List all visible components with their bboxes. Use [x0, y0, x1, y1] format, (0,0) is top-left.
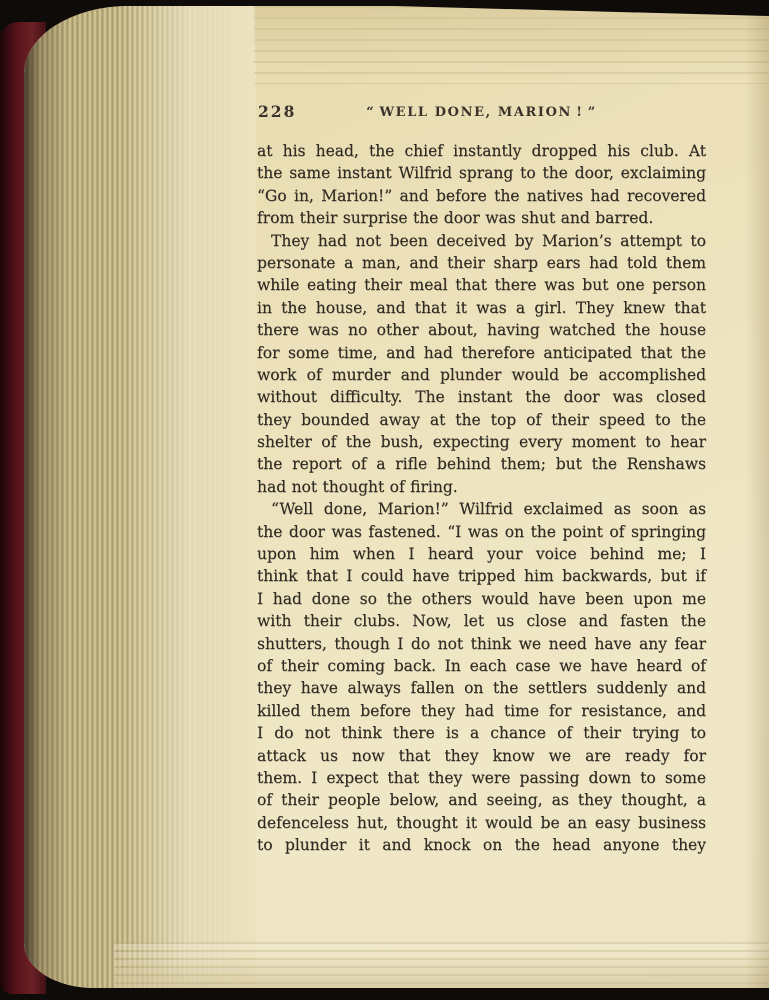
text-line: They had not been deceived by Marion’s a… [257, 230, 706, 252]
text-line: them. I expect that they were passing do… [257, 767, 706, 789]
page-right-shade [745, 6, 769, 988]
page-header: 228 “ WELL DONE, MARION ! ” [257, 102, 706, 126]
text-line: there was no other about, having watched… [257, 319, 706, 341]
page-number: 228 [258, 102, 296, 121]
text-line: attack us now that they know we are read… [257, 745, 706, 767]
text-line: the same instant Wilfrid sprang to the d… [257, 162, 706, 184]
text-line: shelter of the bush, expecting every mom… [257, 431, 706, 453]
page-edge-stack [24, 6, 256, 988]
text-line: the report of a rifle behind them; but t… [257, 453, 706, 475]
running-title: “ WELL DONE, MARION ! ” [366, 105, 597, 120]
page-top-edges [254, 6, 769, 84]
text-line: they bounded away at the top of their sp… [257, 409, 706, 431]
paragraph: at his head, the chief instantly dropped… [257, 140, 706, 230]
text-line: had not thought of firing. [257, 476, 706, 498]
book-photo: 228 “ WELL DONE, MARION ! ” at his head,… [0, 0, 769, 1000]
text-line: without difficulty. The instant the door… [257, 386, 706, 408]
text-line: of their coming back. In each case we ha… [257, 655, 706, 677]
text-line: think that I could have tripped him back… [257, 565, 706, 587]
paragraph: “Well done, Marion!” Wilfrid exclaimed a… [257, 498, 706, 856]
text-line: they have always fallen on the settlers … [257, 677, 706, 699]
page-content: 228 “ WELL DONE, MARION ! ” at his head,… [257, 102, 706, 892]
text-line: killed them before they had time for res… [257, 700, 706, 722]
text-line: I do not think there is a chance of thei… [257, 722, 706, 744]
text-line: defenceless hut, thought it would be an … [257, 812, 706, 834]
text-line: for some time, and had therefore anticip… [257, 342, 706, 364]
page-body: at his head, the chief instantly dropped… [257, 140, 706, 857]
text-line: of their people below, and seeing, as th… [257, 789, 706, 811]
text-line: with their clubs. Now, let us close and … [257, 610, 706, 632]
text-line: the door was fastened. “I was on the poi… [257, 521, 706, 543]
page-bottom-edges [114, 942, 769, 988]
text-line: from their surprise the door was shut an… [257, 207, 706, 229]
text-line: work of murder and plunder would be acco… [257, 364, 706, 386]
text-line: while eating their meal that there was b… [257, 274, 706, 296]
text-line: shutters, though I do not think we need … [257, 633, 706, 655]
text-line: “Well done, Marion!” Wilfrid exclaimed a… [257, 498, 706, 520]
text-line: upon him when I heard your voice behind … [257, 543, 706, 565]
top-right-shadow [169, 0, 769, 16]
text-line: personate a man, and their sharp ears ha… [257, 252, 706, 274]
text-line: to plunder it and knock on the head anyo… [257, 834, 706, 856]
text-line: at his head, the chief instantly dropped… [257, 140, 706, 162]
text-line: “Go in, Marion!” and before the natives … [257, 185, 706, 207]
text-line: in the house, and that it was a girl. Th… [257, 297, 706, 319]
text-line: I had done so the others would have been… [257, 588, 706, 610]
paragraph: They had not been deceived by Marion’s a… [257, 230, 706, 499]
